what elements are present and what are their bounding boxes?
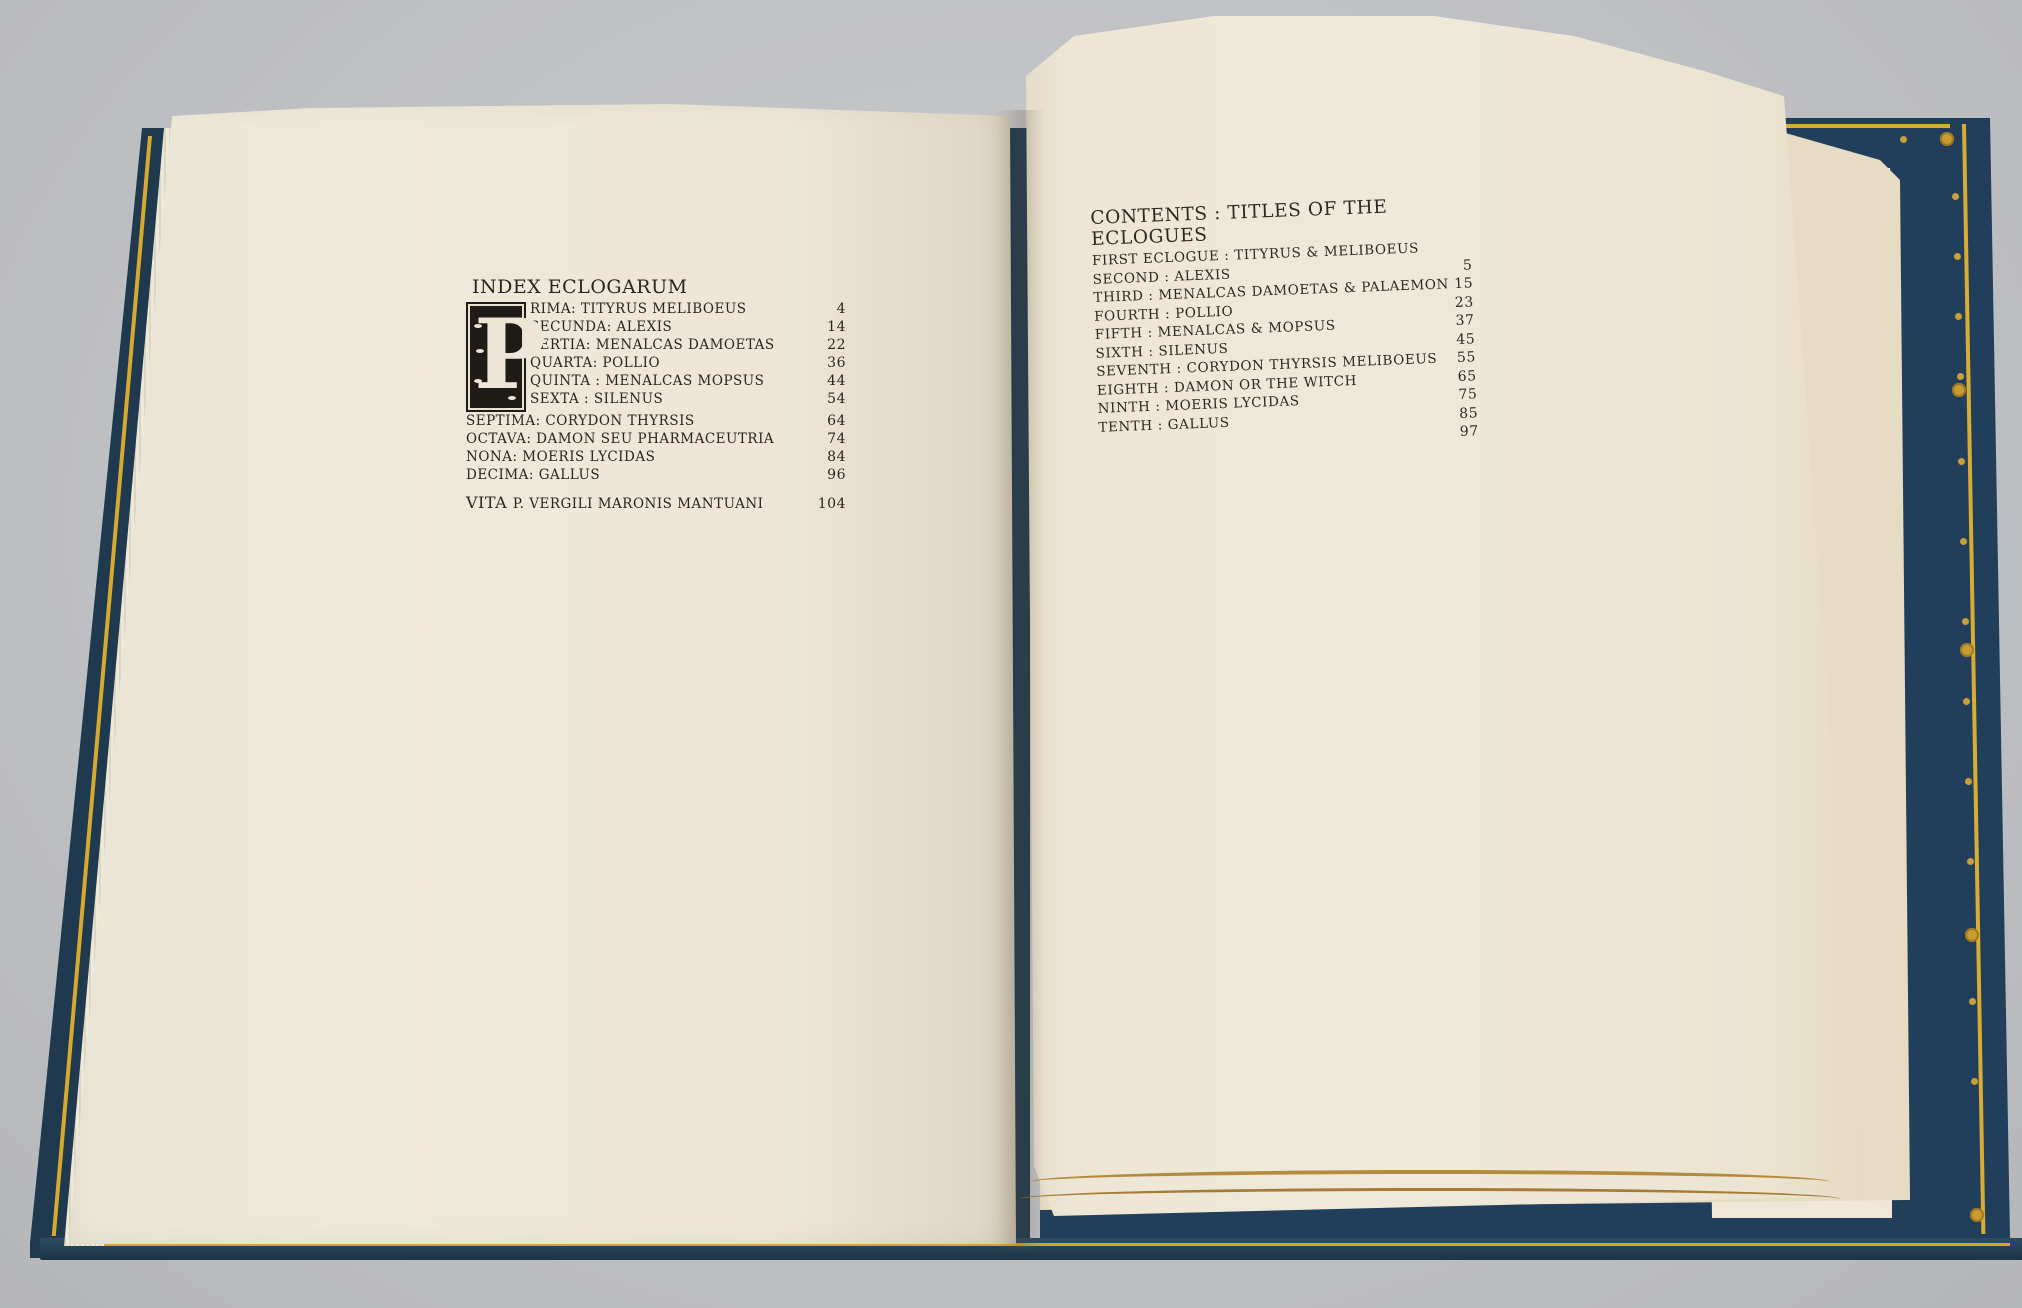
gilt-dot-ornament [1900, 136, 1907, 143]
gilt-flower-ornament [1965, 928, 1979, 942]
entry-title: OCTAVA: DAMON SEU PHARMACEUTRIA [466, 430, 774, 448]
vine-leaf [474, 379, 482, 383]
page-number: 5 [1463, 256, 1473, 275]
page-number: 55 [1457, 348, 1477, 367]
vita-title: VITA P. VERGILI MARONIS MANTUANI [466, 494, 763, 513]
page-number: 22 [827, 336, 846, 354]
open-book: INDEX ECLOGARUM P RIMA: TITYRUS MELIBOEU… [0, 0, 2022, 1308]
index-row: NONA: MOERIS LYCIDAS84 [466, 448, 846, 466]
page-number: 64 [827, 412, 846, 430]
page-number: 45 [1456, 330, 1476, 349]
page-number: 15 [1454, 274, 1474, 293]
entry-title: QUARTA: POLLIO [530, 354, 660, 372]
gilt-dot-ornament [1967, 858, 1974, 865]
page-number: 65 [1457, 367, 1477, 386]
page-number: 96 [827, 466, 846, 484]
gutter-shadow [995, 110, 1045, 1250]
gilt-dot-ornament [1960, 538, 1967, 545]
vine-leaf [504, 384, 512, 388]
gilt-dot-ornament [1958, 458, 1965, 465]
page-number: 104 [818, 495, 846, 513]
vita-lead: VITA [466, 493, 507, 512]
entry-title: SECUNDA: ALEXIS [530, 318, 672, 336]
index-row: SECUNDA: ALEXIS14 [530, 318, 846, 336]
index-row: QUINTA : MENALCAS MOPSUS44 [530, 372, 846, 390]
entry-title: QUINTA : MENALCAS MOPSUS [530, 372, 764, 390]
decorative-initial-icon: P [466, 302, 526, 412]
index-row: OCTAVA: DAMON SEU PHARMACEUTRIA74 [466, 430, 846, 448]
entry-title: SEPTIMA: CORYDON THYRSIS [466, 412, 695, 430]
index-row: DECIMA: GALLUS96 [466, 466, 846, 484]
page-number: 44 [827, 372, 846, 390]
index-row: QUARTA: POLLIO36 [530, 354, 846, 372]
index-heading: INDEX ECLOGARUM [472, 276, 846, 298]
gilt-dot-ornament [1969, 998, 1976, 1005]
page-number: 75 [1458, 385, 1478, 404]
entry-title: SEXTA : SILENUS [530, 390, 663, 408]
index-row: SEXTA : SILENUS54 [530, 390, 846, 408]
drop-cap-section: P RIMA: TITYRUS MELIBOEUS4 SECUNDA: ALEX… [466, 300, 846, 412]
gilt-dot-ornament [1965, 778, 1972, 785]
contents-titles-of-eclogues: CONTENTS : TITLES OF THE ECLOGUES FIRST … [1090, 193, 1479, 455]
page-number: 54 [827, 390, 846, 408]
index-row: SEPTIMA: CORYDON THYRSIS64 [466, 412, 846, 430]
vita-rest: P. VERGILI MARONIS MANTUANI [513, 496, 764, 512]
gilt-dot-ornament [1957, 373, 1964, 380]
index-rows-with-initial: RIMA: TITYRUS MELIBOEUS4 SECUNDA: ALEXIS… [530, 300, 846, 412]
left-page [70, 104, 1016, 1244]
vine-leaf [476, 349, 484, 353]
page-number: 97 [1460, 422, 1480, 441]
gilt-dot-ornament [1955, 313, 1962, 320]
gilt-dot-ornament [1963, 698, 1970, 705]
page-number: 14 [827, 318, 846, 336]
index-row: TERTIA: MENALCAS DAMOETAS22 [530, 336, 846, 354]
page-number: 4 [837, 300, 846, 318]
vine-leaf [508, 396, 516, 400]
entry-title: DECIMA: GALLUS [466, 466, 600, 484]
index-eclogarum: INDEX ECLOGARUM P RIMA: TITYRUS MELIBOEU… [466, 276, 846, 512]
gilt-flower-ornament [1952, 383, 1966, 397]
page-number: 36 [827, 354, 846, 372]
gilt-flower-ornament [1940, 132, 1954, 146]
entry-title: NONA: MOERIS LYCIDAS [466, 448, 655, 466]
page-number: 23 [1455, 293, 1475, 312]
gilt-dot-ornament [1962, 618, 1969, 625]
vita-row: VITA P. VERGILI MARONIS MANTUANI 104 [466, 494, 846, 512]
vine-leaf [474, 324, 482, 328]
gilt-dot-ornament [1954, 253, 1961, 260]
page-number: 37 [1455, 311, 1475, 330]
index-row: RIMA: TITYRUS MELIBOEUS4 [530, 300, 846, 318]
drop-cap-letter: P [474, 302, 547, 408]
gilt-flower-ornament [1960, 643, 1974, 657]
gilt-rule [1962, 124, 1985, 1234]
gilt-dot-ornament [1952, 193, 1959, 200]
gilt-dot-ornament [1971, 1078, 1978, 1085]
gilt-flower-ornament [1970, 1208, 1984, 1222]
entry-title: RIMA: TITYRUS MELIBOEUS [530, 300, 746, 318]
entry-title: TERTIA: MENALCAS DAMOETAS [530, 336, 775, 354]
page-number: 84 [827, 448, 846, 466]
page-number: 85 [1459, 404, 1479, 423]
page-number: 74 [827, 430, 846, 448]
